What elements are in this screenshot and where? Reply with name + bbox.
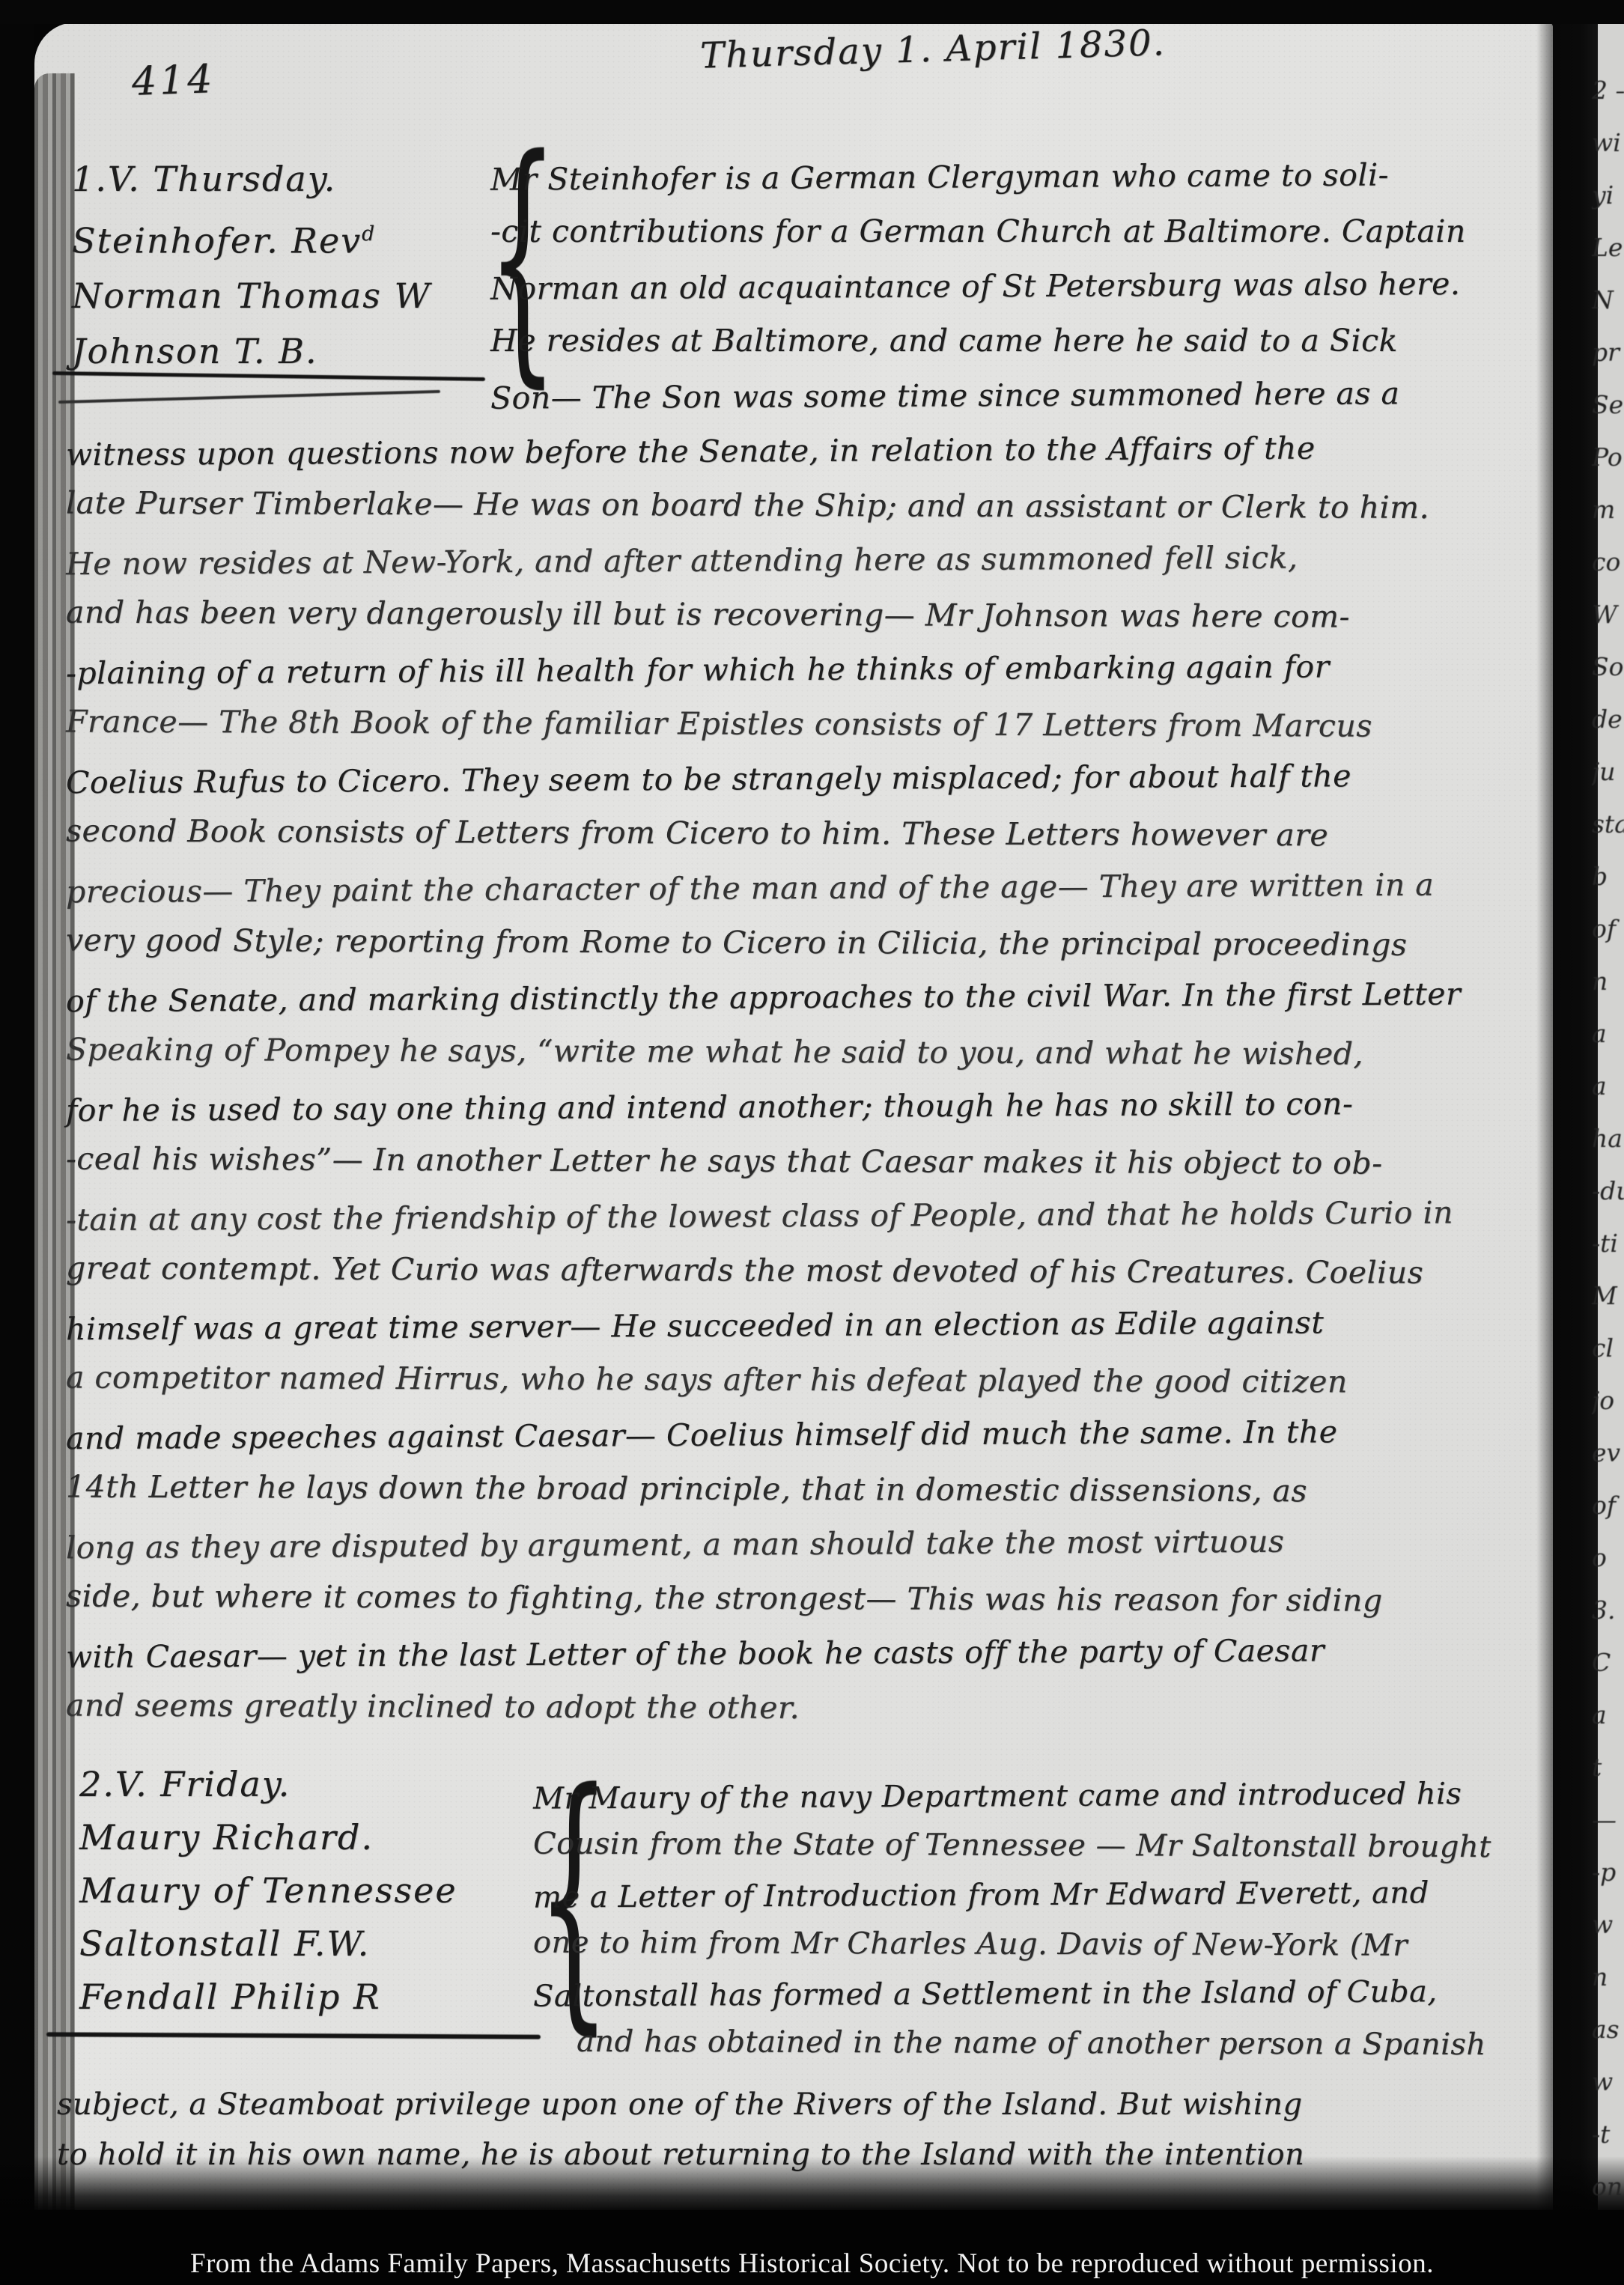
next-page-fragment: ha [1592, 1113, 1624, 1165]
next-page-fragment: a [1592, 1060, 1624, 1113]
scan-border-top [0, 0, 1624, 24]
next-page-fragment: w [1592, 1899, 1624, 1951]
next-page-fragment: jo [1592, 1375, 1624, 1427]
next-page-fragment: -t [1592, 2108, 1624, 2161]
manuscript-line: -tain at any cost the friendship of the … [66, 1185, 1557, 1247]
next-page-fragment: -du [1592, 1165, 1624, 1217]
next-page-fragment: N [1592, 274, 1624, 326]
manuscript-line: Norman an old acquaintance of St Petersb… [490, 256, 1550, 316]
manuscript-line: Mr Maury of the navy Department came and… [533, 1768, 1559, 1823]
manuscript-line: a competitor named Hirrus, who he says a… [66, 1351, 1557, 1411]
manuscript-line: Coelius Rufus to Cicero. They seem to be… [66, 748, 1557, 810]
next-page-fragment: Leb [1592, 222, 1624, 274]
entry1-margin-note: 1.V. Thursday. Steinhofer. Revd Norman T… [72, 151, 431, 379]
next-page-fragment: Se [1592, 379, 1624, 431]
entry1-indented-text: Mr Steinhofer is a German Clergyman who … [490, 150, 1550, 423]
manuscript-line: with Caesar— yet in the last Letter of t… [66, 1622, 1557, 1685]
entry2-margin-line: Maury Richard. [79, 1811, 457, 1864]
next-page-fragment: yi [1592, 169, 1624, 222]
next-page-fragment: sta [1592, 798, 1624, 851]
next-page-fragment: a [1592, 1689, 1624, 1741]
manuscript-line: He now resides at New-York, and after at… [66, 529, 1557, 591]
entry1-margin-line: 1.V. Thursday. [72, 151, 431, 207]
manuscript-line: Cousin from the State of Tennessee — Mr … [533, 1819, 1559, 1872]
entry2-margin-line: Fendall Philip R [79, 1971, 457, 2024]
next-page-fragment: b [1592, 851, 1624, 903]
next-page-fragment: o [1592, 1532, 1624, 1584]
archive-caption: From the Adams Family Papers, Massachuse… [0, 2248, 1624, 2280]
next-page-fragment: C [1592, 1637, 1624, 1689]
manuscript-line: and has been very dangerously ill but is… [66, 585, 1557, 645]
scan-border-left [0, 0, 34, 2285]
entry2-margin-note: 2.V. Friday. Maury Richard. Maury of Ten… [79, 1758, 457, 2024]
next-page-fragment: m [1592, 484, 1624, 536]
entry1-margin-line: Johnson T. B. [72, 323, 431, 379]
next-page-fragment: W [1592, 588, 1624, 641]
manuscript-line: great contempt. Yet Curio was afterwards… [66, 1241, 1557, 1301]
book-gutter-shadow [1536, 0, 1598, 2285]
manuscript-line: -ceal his wishes”— In another Letter he … [66, 1132, 1557, 1192]
manuscript-line: one to him from Mr Charles Aug. Davis of… [533, 1918, 1559, 1971]
manuscript-line: himself was a great time server— He succ… [66, 1294, 1557, 1357]
manuscript-line: me a Letter of Introduction from Mr Edwa… [533, 1867, 1559, 1922]
next-page-fragment: de [1592, 693, 1624, 746]
entry2-margin-line: Saltonstall F.W. [79, 1917, 457, 1971]
next-page-fragment: of [1592, 903, 1624, 955]
next-page-fragment: n [1592, 1951, 1624, 2003]
next-page-fragment: M [1592, 1270, 1624, 1322]
manuscript-line: long as they are disputed by argument, a… [66, 1513, 1557, 1575]
next-page-fragment: on [1592, 2161, 1624, 2213]
next-page-fragment: So [1592, 641, 1624, 693]
manuscript-line: and made speeches against Caesar— Coeliu… [66, 1404, 1557, 1466]
next-page-fragment: of [1592, 1479, 1624, 1532]
next-page-fragment: cl [1592, 1322, 1624, 1375]
manuscript-line: second Book consists of Letters from Cic… [66, 804, 1557, 864]
entry2-indented-text: Mr Maury of the navy Department came and… [533, 1771, 1559, 2068]
manuscript-line: precious— They paint the character of th… [66, 857, 1557, 919]
page-number: 414 [131, 57, 216, 105]
next-page-fragment: — [1592, 1794, 1624, 1846]
next-page-fragment: n [1592, 955, 1624, 1008]
next-page-fragment: ev [1592, 1427, 1624, 1479]
manuscript-line: -cit contributions for a German Church a… [490, 204, 1550, 259]
manuscript-line: of the Senate, and marking distinctly th… [66, 967, 1557, 1029]
next-page-fragment: pr [1592, 326, 1624, 379]
manuscript-line: subject, a Steamboat privilege upon one … [57, 2080, 1554, 2130]
manuscript-line: witness upon questions now before the Se… [66, 420, 1557, 482]
next-page-text-fragments: 2 —wiyiLebNprSePomcoWSodejustabofnaaha-d… [1592, 64, 1624, 2213]
next-page-fragment: Po [1592, 431, 1624, 484]
next-page-fragment: 3. [1592, 1584, 1624, 1637]
next-page-fragment: co [1592, 536, 1624, 588]
next-page-fragment: as [1592, 2003, 1624, 2056]
manuscript-line: and has obtained in the name of another … [533, 2017, 1559, 2070]
manuscript-line: Mr Steinhofer is a German Clergyman who … [490, 147, 1550, 207]
entry1-body-text: witness upon questions now before the Se… [66, 424, 1557, 1735]
entry2-margin-line: 2.V. Friday. [79, 1758, 457, 1811]
next-page-fragment: -p [1592, 1846, 1624, 1899]
entry1-margin-line: Steinhofer. Revd [72, 207, 431, 268]
manuscript-line: 14th Letter he lays down the broad princ… [66, 1460, 1557, 1520]
manuscript-line: -plaining of a return of his ill health … [66, 639, 1557, 701]
next-page-fragment: w [1592, 2056, 1624, 2108]
next-page-fragment: 2 — [1592, 64, 1624, 117]
manuscript-line: late Purser Timberlake— He was on board … [66, 476, 1557, 536]
manuscript-line: Son— The Son was some time since summone… [490, 365, 1550, 425]
manuscript-line: France— The 8th Book of the familiar Epi… [66, 695, 1557, 755]
manuscript-line: Speaking of Pompey he says, “write me wh… [66, 1023, 1557, 1083]
scanned-manuscript-view: 414 Thursday 1. April 1830. 1.V. Thursda… [0, 0, 1624, 2285]
entry1-margin-line: Norman Thomas W [72, 268, 431, 323]
entry2-margin-line: Maury of Tennessee [79, 1864, 457, 1917]
manuscript-line: and seems greatly inclined to adopt the … [66, 1679, 1557, 1738]
manuscript-line: He resides at Baltimore, and came here h… [490, 314, 1550, 368]
next-page-fragment: wi [1592, 117, 1624, 169]
next-page-fragment: t [1592, 1741, 1624, 1794]
next-page-fragment: -ti [1592, 1217, 1624, 1270]
manuscript-line: very good Style; reporting from Rome to … [66, 913, 1557, 973]
manuscript-line: Saltonstall has formed a Settlement in t… [533, 1966, 1559, 2021]
next-page-fragment: a [1592, 1008, 1624, 1060]
manuscript-line: for he is used to say one thing and inte… [66, 1076, 1557, 1138]
scan-bottom-fade [0, 2156, 1624, 2213]
next-page-fragment: ju [1592, 746, 1624, 798]
manuscript-line: side, but where it comes to fighting, th… [66, 1569, 1557, 1629]
